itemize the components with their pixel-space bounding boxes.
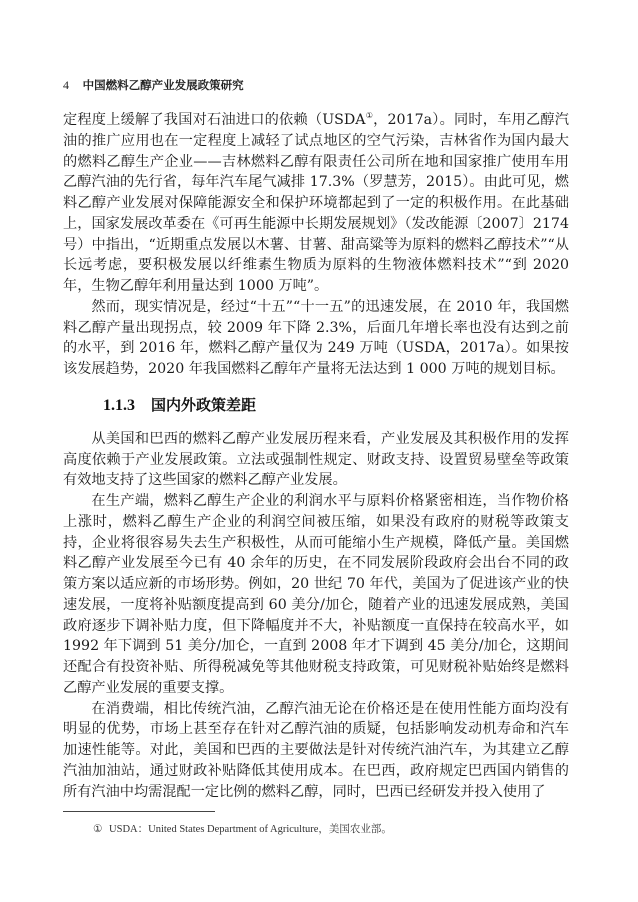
section-number: 1.1.3 — [103, 397, 135, 414]
paragraph: 定程度上缓解了我国对石油进口的依赖（USDA①，2017a）。同时，车用乙醇汽油… — [63, 110, 569, 297]
section-heading: 1.1.3国内外政策差距 — [63, 394, 569, 417]
paragraph: 在生产端，燃料乙醇生产企业的利润水平与原料价格紧密相连，当作物价格上涨时，燃料乙… — [63, 491, 569, 699]
paragraph: 在消费端，相比传统汽油，乙醇汽油无论在价格还是在使用性能方面均没有明显的优势，市… — [63, 699, 569, 803]
paragraph-text: 定程度上缓解了我国对石油进口的依赖（USDA — [63, 112, 366, 128]
paragraph-text: ，2017a）。同时，车用乙醇汽油的推广应用也在一定程度上减轻了试点地区的空气污… — [63, 112, 569, 294]
book-title: 中国燃料乙醇产业发展政策研究 — [83, 78, 244, 92]
footnote-divider — [63, 811, 215, 812]
footnote-text: USDA：United States Department of Agricul… — [109, 824, 392, 835]
footnote: ① USDA：United States Department of Agric… — [93, 821, 392, 836]
section-title: 国内外政策差距 — [151, 396, 256, 414]
running-head: 4 中国燃料乙醇产业发展政策研究 — [63, 77, 244, 93]
page-number: 4 — [63, 78, 69, 92]
paragraph: 然而，现实情况是，经过“十五”“十一五”的迅速发展，在 2010 年，我国燃料乙… — [63, 297, 569, 380]
document-page: 4 中国燃料乙醇产业发展政策研究 定程度上缓解了我国对石油进口的依赖（USDA①… — [0, 0, 638, 902]
body-text: 定程度上缓解了我国对石油进口的依赖（USDA①，2017a）。同时，车用乙醇汽油… — [63, 110, 569, 802]
footnote-mark: ① — [93, 824, 102, 835]
paragraph: 从美国和巴西的燃料乙醇产业发展历程来看，产业发展及其积极作用的发挥高度依赖于产业… — [63, 429, 569, 491]
footnote-reference[interactable]: ① — [366, 111, 374, 120]
